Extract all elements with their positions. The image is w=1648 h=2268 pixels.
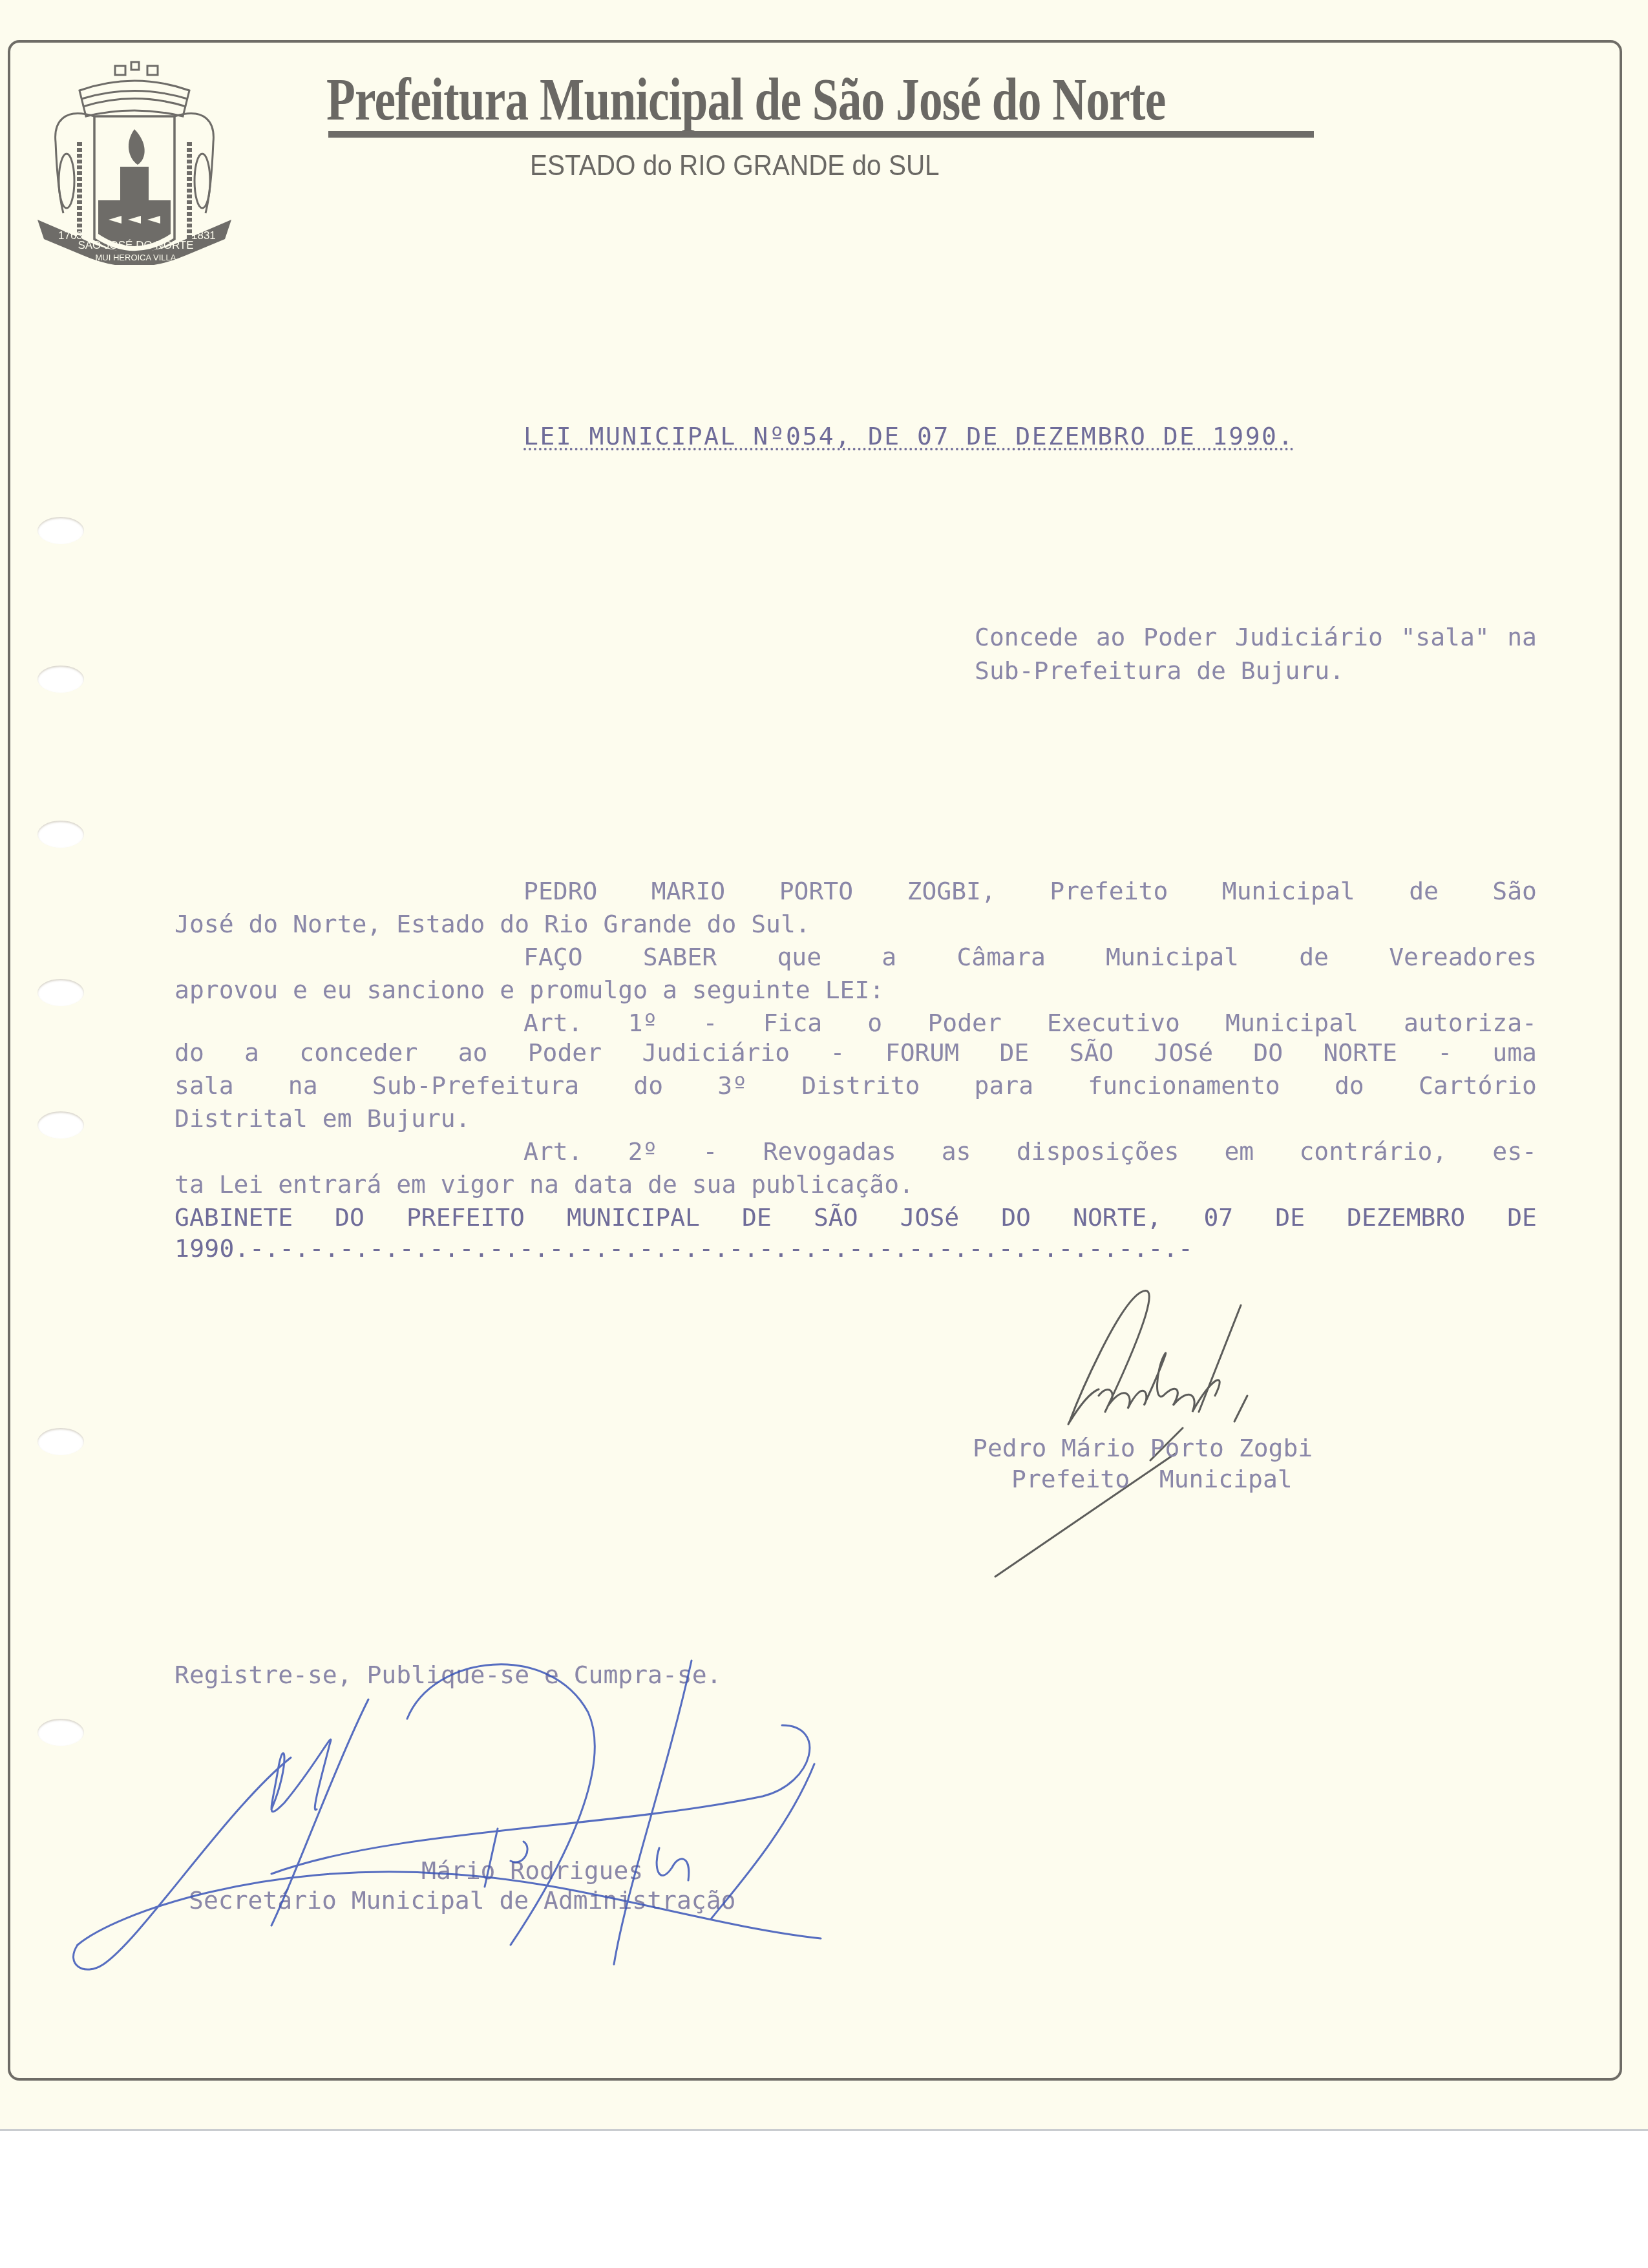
svg-text:1763: 1763 <box>58 229 83 242</box>
mayor-signature <box>969 1266 1422 1590</box>
closing-line: 1990.-.-.-.-.-.-.-.-.-.-.-.-.-.-.-.-.-.-… <box>174 1236 1537 1261</box>
preamble-line: aprovou e eu sanciono e promulgo a segui… <box>174 978 1537 1002</box>
punch-hole <box>37 517 84 544</box>
closing-line: GABINETE DO PREFEITO MUNICIPAL DE SÃO JO… <box>174 1205 1537 1230</box>
letterhead-title: Prefeitura Municipal de São José do Nort… <box>326 65 1165 134</box>
secretary-signature <box>58 1615 898 1977</box>
mayor-name: Pedro Mário Porto Zogbi <box>973 1436 1313 1460</box>
preamble-line: PEDRO MARIO PORTO ZOGBI, Prefeito Munici… <box>523 879 1537 903</box>
punch-hole <box>37 821 84 848</box>
article-2-line: ta Lei entrará em vigor na data de sua p… <box>174 1172 1537 1197</box>
article-1-line: sala na Sub-Prefeitura do 3º Distrito pa… <box>174 1073 1537 1098</box>
svg-text:1831: 1831 <box>191 229 216 242</box>
article-1-line: do a conceder ao Poder Judiciário - FORU… <box>174 1040 1537 1065</box>
document-paper: SÃO JOSÉ DO NORTE MUI HEROICA VILLA 1763… <box>0 0 1648 2131</box>
law-summary: Concede ao Poder Judiciário "sala" na Su… <box>975 620 1537 688</box>
punch-hole <box>37 979 84 1006</box>
letterhead-rule <box>328 131 1314 138</box>
coat-of-arms-icon: SÃO JOSÉ DO NORTE MUI HEROICA VILLA 1763… <box>18 45 251 265</box>
law-title: LEI MUNICIPAL Nº054, DE 07 DE DEZEMBRO D… <box>523 424 1294 448</box>
punch-hole <box>37 1428 84 1455</box>
punch-hole <box>37 666 84 693</box>
letterhead-subtitle: ESTADO do RIO GRANDE do SUL <box>530 150 940 182</box>
article-1-line: Art. 1º - Fica o Poder Executivo Municip… <box>523 1011 1537 1035</box>
preamble-line: José do Norte, Estado do Rio Grande do S… <box>174 912 1537 936</box>
svg-text:SÃO JOSÉ DO NORTE: SÃO JOSÉ DO NORTE <box>78 239 193 251</box>
svg-text:MUI HEROICA VILLA: MUI HEROICA VILLA <box>96 253 176 262</box>
article-2-line: Art. 2º - Revogadas as disposições em co… <box>523 1139 1537 1164</box>
mayor-role: Prefeito Municipal <box>1011 1467 1293 1491</box>
article-1-line: Distrital em Bujuru. <box>174 1106 1537 1131</box>
preamble-line: FAÇO SABER que a Câmara Municipal de Ver… <box>523 945 1537 969</box>
punch-hole <box>37 1111 84 1139</box>
